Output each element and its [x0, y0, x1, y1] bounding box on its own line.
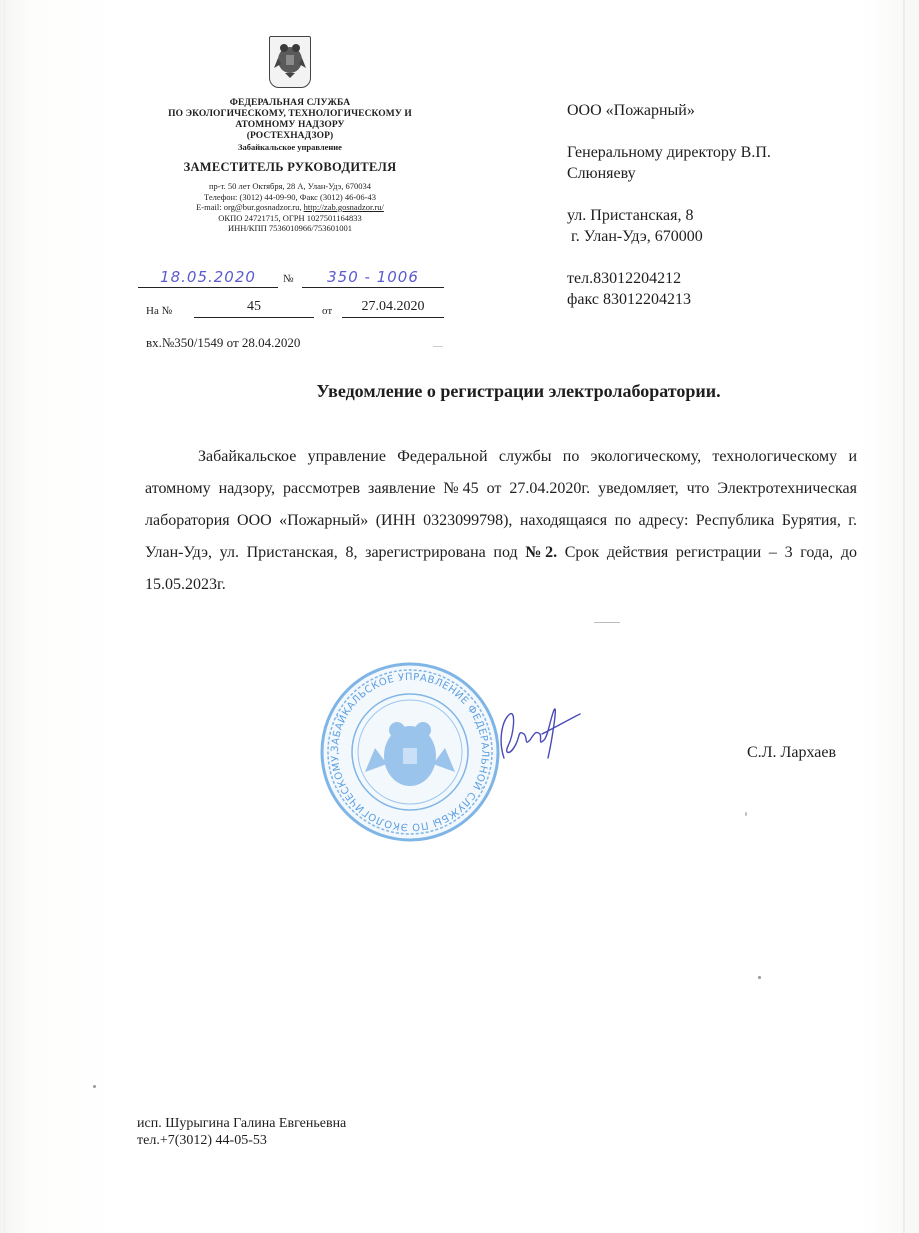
outgoing-number-handwritten: 350 - 1006: [302, 267, 444, 288]
body-paragraph: Забайкальское управление Федеральной слу…: [145, 441, 857, 601]
reply-to-label: На №: [146, 305, 172, 317]
outgoing-date-handwritten: 18.05.2020: [138, 267, 278, 288]
recipient-addressee: Генеральному директору В.П.: [567, 142, 771, 163]
letterhead-contacts: пр-т. 50 лет Октября, 28 А, Улан-Удэ, 67…: [130, 181, 450, 234]
number-label: №: [283, 273, 294, 285]
executor-phone: тел.+7(3012) 44-05-53: [137, 1132, 346, 1149]
scan-edge-left: [4, 0, 5, 1233]
scanned-letter-page: ФЕДЕРАЛЬНАЯ СЛУЖБА ПО ЭКОЛОГИЧЕСКОМУ, ТЕ…: [0, 0, 919, 1233]
executor-block: исп. Шурыгина Галина Евгеньевна тел.+7(3…: [137, 1115, 346, 1149]
sender-position: ЗАМЕСТИТЕЛЬ РУКОВОДИТЕЛЯ: [130, 160, 450, 175]
email-website-line: E-mail: org@bur.gosnadzor.ru, http://zab…: [130, 202, 450, 213]
scan-speck: [93, 1085, 96, 1088]
phone-fax-line: Телефон: (3012) 44-09-90, Факс (3012) 46…: [130, 192, 450, 203]
scan-mark: [594, 622, 620, 623]
letterhead: ФЕДЕРАЛЬНАЯ СЛУЖБА ПО ЭКОЛОГИЧЕСКОМУ, ТЕ…: [130, 36, 450, 234]
scan-speck: [745, 812, 747, 816]
handwritten-signature: [488, 700, 583, 775]
signer-name: С.Л. Лархаев: [747, 744, 836, 762]
executor-name: исп. Шурыгина Галина Евгеньевна: [137, 1115, 346, 1132]
department-name: Забайкальское управление: [130, 142, 450, 153]
incoming-reference: вх.№350/1549 от 28.04.2020: [146, 335, 300, 351]
inn-kpp-line: ИНН/КПП 7536010966/753601001: [130, 223, 450, 234]
recipient-company: ООО «Пожарный»: [567, 100, 771, 121]
scan-mark: [433, 346, 443, 347]
recipient-addressee-surname: Слюняеву: [567, 163, 771, 184]
scan-speck: [758, 976, 761, 979]
org-name-line: ФЕДЕРАЛЬНАЯ СЛУЖБА: [130, 98, 450, 109]
official-seal-stamp: ЗАБАЙКАЛЬСКОЕ УПРАВЛЕНИЕ ФЕДЕРАЛЬНОЙ СЛУ…: [315, 660, 505, 845]
registration-number: №2.: [525, 544, 557, 561]
okpo-ogrn-line: ОКПО 24721715, ОГРН 1027501164833: [130, 213, 450, 224]
document-title: Уведомление о регистрации электролаборат…: [0, 381, 919, 402]
address-line: пр-т. 50 лет Октября, 28 А, Улан-Удэ, 67…: [130, 181, 450, 192]
recipient-phone: тел.83012204212: [567, 268, 771, 289]
russian-coat-of-arms-icon: [269, 36, 311, 88]
recipient-block: ООО «Пожарный» Генеральному директору В.…: [567, 100, 771, 310]
scan-edge-right: [903, 0, 905, 1233]
email-text: E-mail: org@bur.gosnadzor.ru,: [196, 202, 304, 212]
from-label: от: [322, 305, 332, 317]
website-link[interactable]: http://zab.gosnadzor.ru/: [304, 202, 384, 212]
org-name-line: (РОСТЕХНАДЗОР): [130, 131, 450, 142]
recipient-street: ул. Пристанская, 8: [567, 205, 771, 226]
reply-to-date: 27.04.2020: [342, 297, 444, 318]
letter-body: Забайкальское управление Федеральной слу…: [145, 441, 857, 601]
recipient-fax: факс 83012204213: [567, 289, 771, 310]
org-name-line: ПО ЭКОЛОГИЧЕСКОМУ, ТЕХНОЛОГИЧЕСКОМУ И: [130, 109, 450, 120]
org-name-line: АТОМНОМУ НАДЗОРУ: [130, 120, 450, 131]
reply-to-number: 45: [194, 297, 314, 318]
recipient-city: г. Улан-Удэ, 670000: [567, 226, 771, 247]
